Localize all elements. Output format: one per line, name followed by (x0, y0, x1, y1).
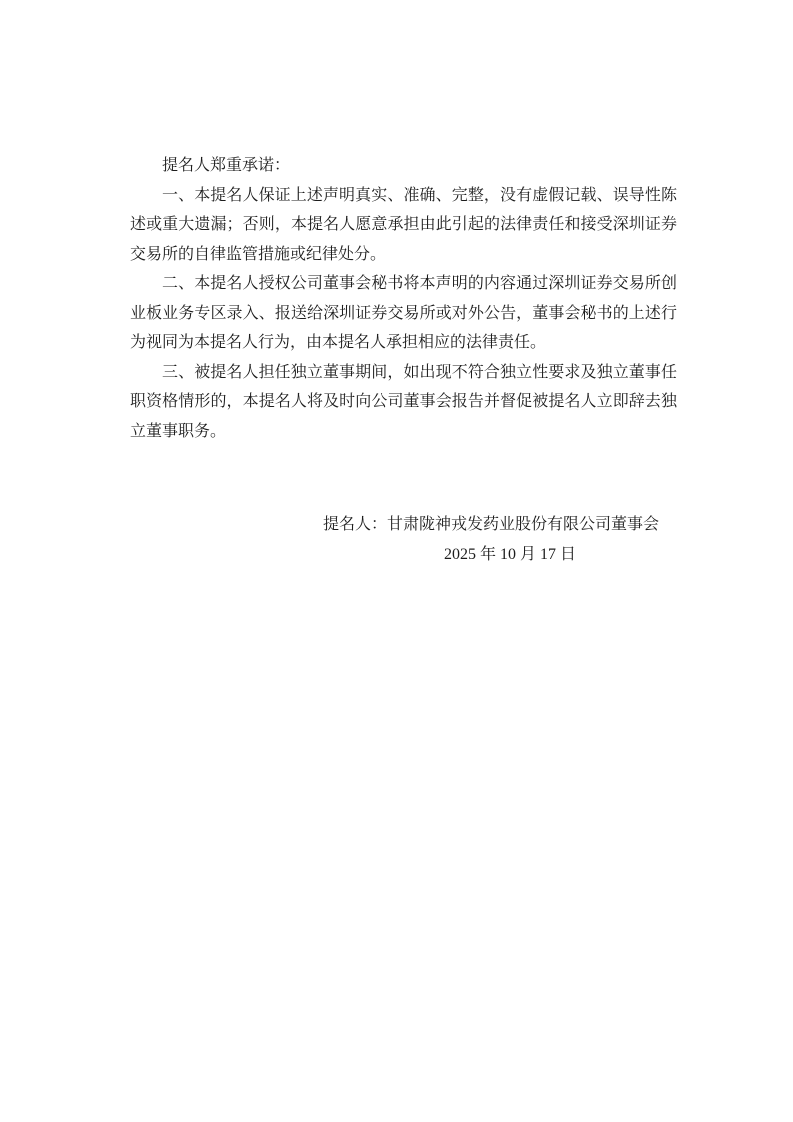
commitment-opening: 提名人郑重承诺： (130, 151, 677, 181)
document-page: 提名人郑重承诺： 一、本提名人保证上述声明真实、准确、完整，没有虚假记载、误导性… (0, 0, 793, 1122)
signature-date-line: 2025 年 10 月 17 日 (323, 540, 659, 570)
commitment-paragraph-3: 三、被提名人担任独立董事期间，如出现不符合独立性要求及独立董事任职资格情形的，本… (130, 358, 677, 447)
commitment-paragraph-2: 二、本提名人授权公司董事会秘书将本声明的内容通过深圳证券交易所创业板业务专区录入… (130, 269, 677, 358)
document-body: 提名人郑重承诺： 一、本提名人保证上述声明真实、准确、完整，没有虚假记载、误导性… (130, 151, 677, 569)
commitment-paragraph-1: 一、本提名人保证上述声明真实、准确、完整，没有虚假记载、误导性陈述或重大遗漏；否… (130, 181, 677, 270)
nominator-signature-line: 提名人：甘肃陇神戎发药业股份有限公司董事会 (323, 510, 659, 540)
signature-block: 提名人：甘肃陇神戎发药业股份有限公司董事会 2025 年 10 月 17 日 (323, 510, 659, 569)
